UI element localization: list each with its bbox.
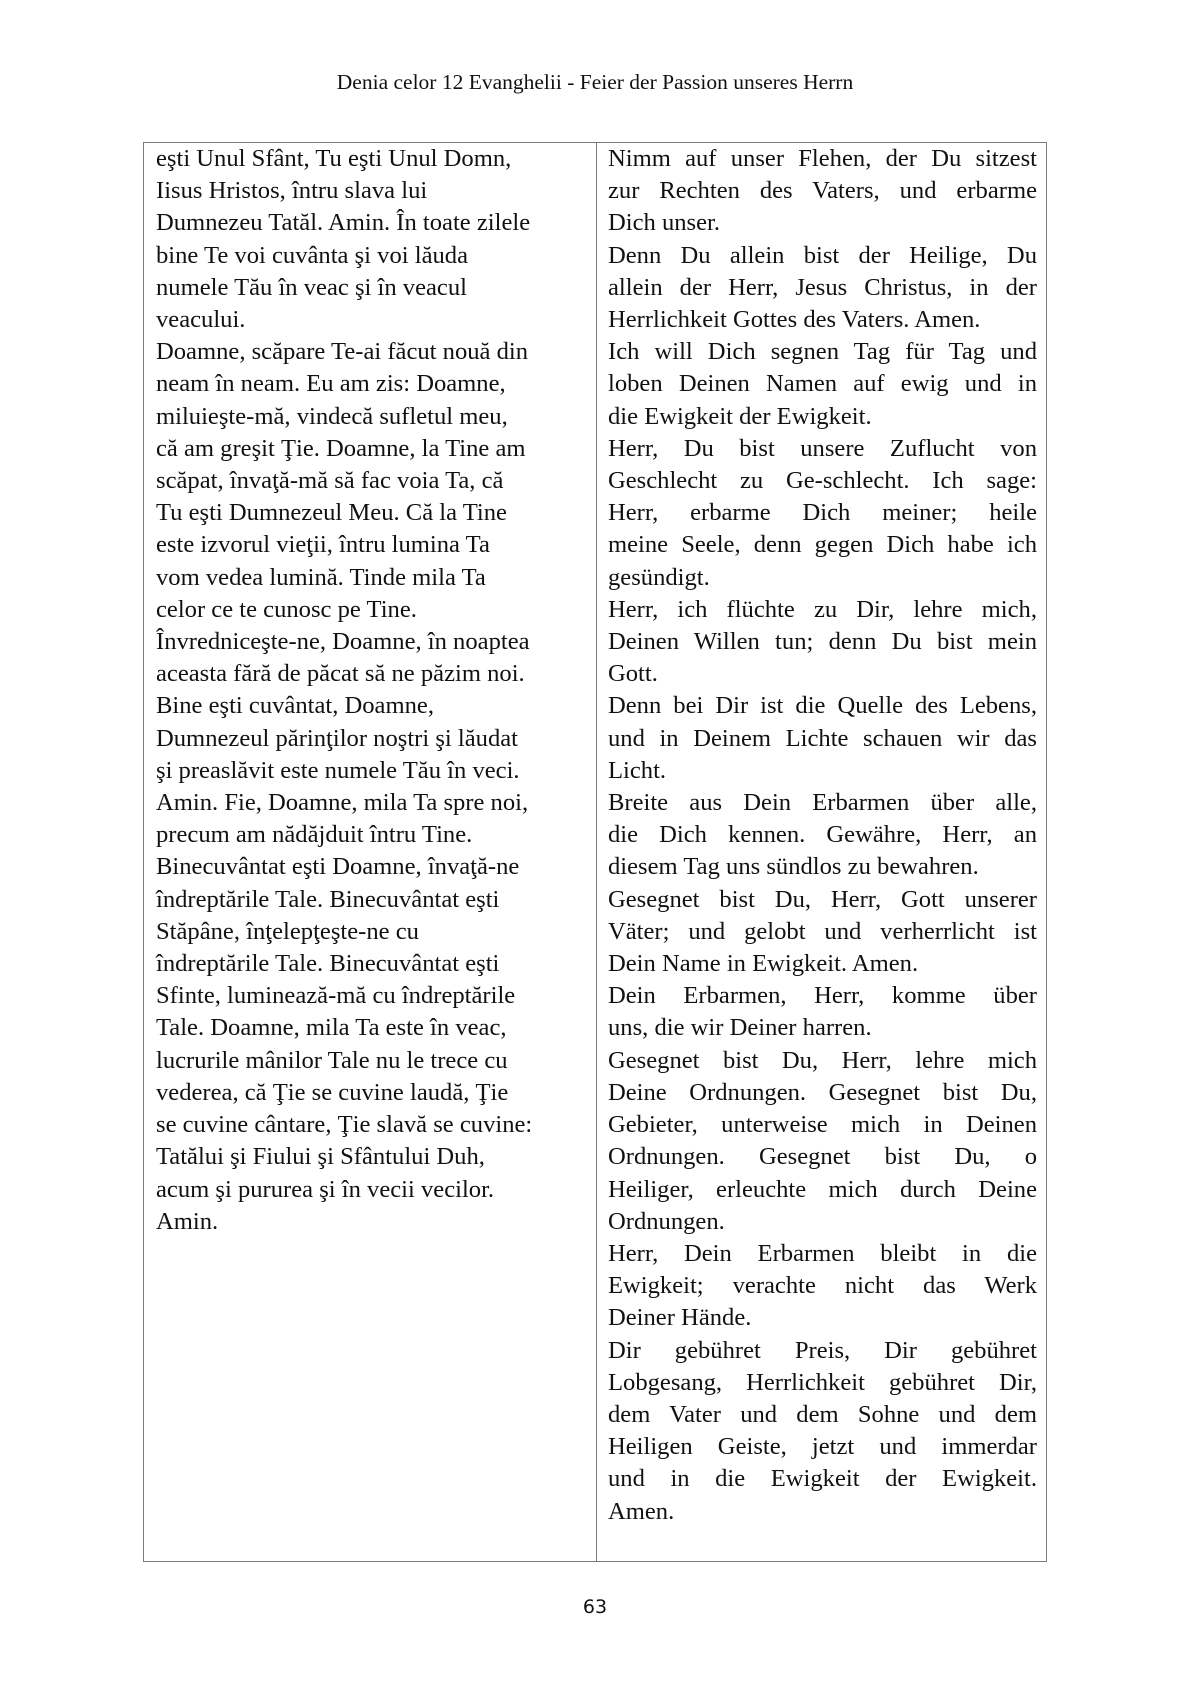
paragraph: Dein Erbarmen, Herr, komme überuns, die …: [608, 980, 1037, 1044]
text-line: Nimm auf unser Flehen, der Du sitzest: [608, 143, 1037, 175]
text-line: Doamne, scăpare Te-ai făcut nouă din: [156, 336, 590, 368]
text-line: vom vedea lumină. Tinde mila Ta: [156, 562, 590, 594]
text-line: Gebieter, unterweise mich in Deinen: [608, 1109, 1037, 1141]
text-line: Denn Du allein bist der Heilige, Du: [608, 240, 1037, 272]
text-line: Deine Ordnungen. Gesegnet bist Du,: [608, 1077, 1037, 1109]
paragraph: Herr, ich flüchte zu Dir, lehre mich,Dei…: [608, 594, 1037, 691]
text-line: Gesegnet bist Du, Herr, lehre mich: [608, 1045, 1037, 1077]
text-line: Dein Name in Ewigkeit. Amen.: [608, 948, 1037, 980]
text-line: Geschlecht zu Ge-schlecht. Ich sage:: [608, 465, 1037, 497]
paragraph: Nimm auf unser Flehen, der Du sitzestzur…: [608, 143, 1037, 240]
paragraph: Herr, Dein Erbarmen bleibt in dieEwigkei…: [608, 1238, 1037, 1335]
text-line: Ewigkeit; verachte nicht das Werk: [608, 1270, 1037, 1302]
text-line: Lobgesang, Herrlichkeit gebühret Dir,: [608, 1367, 1037, 1399]
text-line: Breite aus Dein Erbarmen über alle,: [608, 787, 1037, 819]
text-line: loben Deinen Namen auf ewig und in: [608, 368, 1037, 400]
text-line: celor ce te cunosc pe Tine.: [156, 594, 590, 626]
text-line: îndreptările Tale. Binecuvântat eşti: [156, 948, 590, 980]
page-number: 63: [0, 1596, 1190, 1618]
text-line: zur Rechten des Vaters, und erbarme: [608, 175, 1037, 207]
text-line: este izvorul vieţii, întru lumina Ta: [156, 529, 590, 561]
text-line: Heiligen Geiste, jetzt und immerdar: [608, 1431, 1037, 1463]
paragraph: Ich will Dich segnen Tag für Tag undlobe…: [608, 336, 1037, 433]
text-line: numele Tău în veac şi în veacul: [156, 272, 590, 304]
paragraph: Breite aus Dein Erbarmen über alle,die D…: [608, 787, 1037, 884]
romanian-column: eşti Unul Sfânt, Tu eşti Unul Domn,Iisus…: [144, 143, 597, 1561]
text-line: Amin.: [156, 1206, 590, 1238]
text-line: îndreptările Tale. Binecuvântat eşti: [156, 884, 590, 916]
paragraph: Denn bei Dir ist die Quelle des Lebens,u…: [608, 690, 1037, 787]
text-line: Herr, Dein Erbarmen bleibt in die: [608, 1238, 1037, 1270]
text-line: Herr, ich flüchte zu Dir, lehre mich,: [608, 594, 1037, 626]
paragraph: Gesegnet bist Du, Herr, lehre michDeine …: [608, 1045, 1037, 1238]
text-line: Deiner Hände.: [608, 1302, 1037, 1334]
text-line: Amen.: [608, 1496, 1037, 1528]
text-line: bine Te voi cuvânta şi voi lăuda: [156, 240, 590, 272]
german-column: Nimm auf unser Flehen, der Du sitzestzur…: [597, 143, 1046, 1561]
text-line: dem Vater und dem Sohne und dem: [608, 1399, 1037, 1431]
text-line: veacului.: [156, 304, 590, 336]
text-line: aceasta fără de păcat să ne păzim noi.: [156, 658, 590, 690]
text-line: Gesegnet bist Du, Herr, Gott unserer: [608, 884, 1037, 916]
text-line: Binecuvântat eşti Doamne, învaţă-ne: [156, 851, 590, 883]
text-line: Dich unser.: [608, 207, 1037, 239]
text-line: Tu eşti Dumnezeul Meu. Că la Tine: [156, 497, 590, 529]
text-line: Dumnezeul părinţilor noştri şi lăudat: [156, 723, 590, 755]
text-line: die Dich kennen. Gewähre, Herr, an: [608, 819, 1037, 851]
paragraph: Denn Du allein bist der Heilige, Duallei…: [608, 240, 1037, 337]
text-line: Väter; und gelobt und verherrlicht ist: [608, 916, 1037, 948]
text-line: scăpat, învaţă-mă să fac voia Ta, că: [156, 465, 590, 497]
text-line: Denn bei Dir ist die Quelle des Lebens,: [608, 690, 1037, 722]
running-header: Denia celor 12 Evanghelii - Feier der Pa…: [0, 70, 1190, 95]
text-line: Herr, erbarme Dich meiner; heile: [608, 497, 1037, 529]
text-line: Învredniceşte-ne, Doamne, în noaptea: [156, 626, 590, 658]
text-line: und in Deinem Lichte schauen wir das: [608, 723, 1037, 755]
text-line: acum şi pururea şi în vecii vecilor.: [156, 1174, 590, 1206]
text-line: Heiliger, erleuchte mich durch Deine: [608, 1174, 1037, 1206]
text-line: Ordnungen. Gesegnet bist Du, o: [608, 1141, 1037, 1173]
text-line: Bine eşti cuvântat, Doamne,: [156, 690, 590, 722]
text-line: uns, die wir Deiner harren.: [608, 1012, 1037, 1044]
text-line: Dumnezeu Tatăl. Amin. În toate zilele: [156, 207, 590, 239]
text-line: Dein Erbarmen, Herr, komme über: [608, 980, 1037, 1012]
paragraph: Herr, Du bist unsere Zuflucht vonGeschle…: [608, 433, 1037, 594]
text-line: Herr, Du bist unsere Zuflucht von: [608, 433, 1037, 465]
text-line: şi preaslăvit este numele Tău în veci.: [156, 755, 590, 787]
text-line: miluieşte-mă, vindecă sufletul meu,: [156, 401, 590, 433]
text-line: gesündigt.: [608, 562, 1037, 594]
text-line: se cuvine cântare, Ţie slavă se cuvine:: [156, 1109, 590, 1141]
text-line: Gott.: [608, 658, 1037, 690]
text-line: precum am nădăjduit întru Tine.: [156, 819, 590, 851]
paragraph: eşti Unul Sfânt, Tu eşti Unul Domn,Iisus…: [156, 143, 590, 336]
text-line: Iisus Hristos, întru slava lui: [156, 175, 590, 207]
paragraph: Gesegnet bist Du, Herr, Gott unsererVäte…: [608, 884, 1037, 981]
text-line: meine Seele, denn gegen Dich habe ich: [608, 529, 1037, 561]
text-line: Ich will Dich segnen Tag für Tag und: [608, 336, 1037, 368]
text-line: eşti Unul Sfânt, Tu eşti Unul Domn,: [156, 143, 590, 175]
text-line: că am greşit Ţie. Doamne, la Tine am: [156, 433, 590, 465]
text-line: Stăpâne, înţelepţeşte-ne cu: [156, 916, 590, 948]
text-line: vederea, că Ţie se cuvine laudă, Ţie: [156, 1077, 590, 1109]
text-line: Ordnungen.: [608, 1206, 1037, 1238]
text-line: Deinen Willen tun; denn Du bist mein: [608, 626, 1037, 658]
text-line: lucrurile mânilor Tale nu le trece cu: [156, 1045, 590, 1077]
text-line: Amin. Fie, Doamne, mila Ta spre noi,: [156, 787, 590, 819]
text-line: die Ewigkeit der Ewigkeit.: [608, 401, 1037, 433]
text-line: Tatălui şi Fiului şi Sfântului Duh,: [156, 1141, 590, 1173]
text-line: neam în neam. Eu am zis: Doamne,: [156, 368, 590, 400]
text-line: Tale. Doamne, mila Ta este în veac,: [156, 1012, 590, 1044]
text-line: Herrlichkeit Gottes des Vaters. Amen.: [608, 304, 1037, 336]
paragraph: Dir gebühret Preis, Dir gebühretLobgesan…: [608, 1335, 1037, 1528]
text-line: Sfinte, luminează-mă cu îndreptările: [156, 980, 590, 1012]
text-line: Dir gebühret Preis, Dir gebühret: [608, 1335, 1037, 1367]
bilingual-text-table: eşti Unul Sfânt, Tu eşti Unul Domn,Iisus…: [143, 142, 1047, 1562]
paragraph: Doamne, scăpare Te-ai făcut nouă dinneam…: [156, 336, 590, 1238]
text-line: und in die Ewigkeit der Ewigkeit.: [608, 1463, 1037, 1495]
text-line: Licht.: [608, 755, 1037, 787]
text-line: diesem Tag uns sündlos zu bewahren.: [608, 851, 1037, 883]
text-line: allein der Herr, Jesus Christus, in der: [608, 272, 1037, 304]
